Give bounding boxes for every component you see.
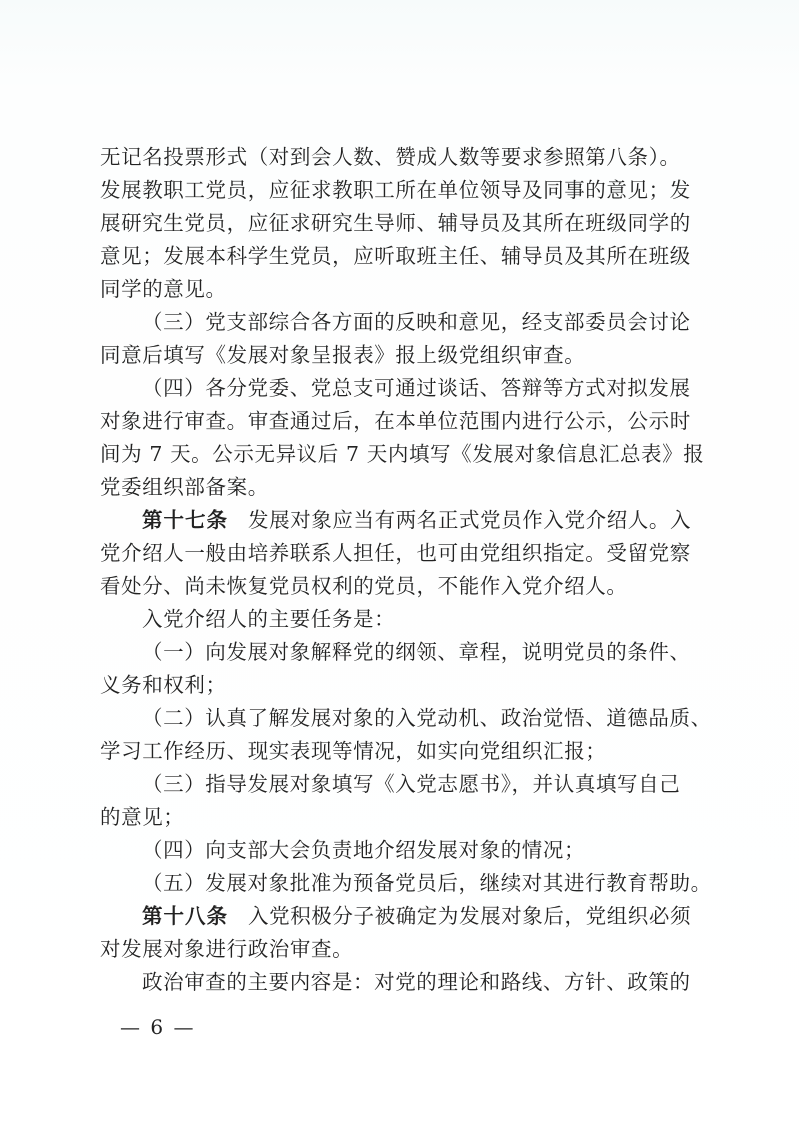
text-line: 看处分、尚未恢复党员权利的党员，不能作入党介绍人。 bbox=[100, 570, 692, 603]
text-line: 同学的意见。 bbox=[100, 273, 692, 306]
text-line: 党委组织部备案。 bbox=[100, 471, 692, 504]
text-line: 义务和权利； bbox=[100, 669, 692, 702]
paragraph-item-3: （三）党支部综合各方面的反映和意见，经支部委员会讨论 bbox=[100, 306, 692, 339]
task-item-1: （一）向发展对象解释党的纲领、章程，说明党员的条件、 bbox=[100, 636, 692, 669]
article-17-heading: 第十七条 bbox=[142, 508, 228, 532]
text-line: 学习工作经历、现实表现等情况，如实向党组织汇报； bbox=[100, 735, 692, 768]
article-17-line: 第十七条发展对象应当有两名正式党员作入党介绍人。入 bbox=[100, 504, 692, 537]
article-18-line: 第十八条入党积极分子被确定为发展对象后，党组织必须 bbox=[100, 900, 692, 933]
paragraph-item-4: （四）各分党委、党总支可通过谈话、答辩等方式对拟发展 bbox=[100, 372, 692, 405]
text-line: 政治审查的主要内容是：对党的理论和路线、方针、政策的 bbox=[100, 966, 692, 999]
text-line: 无记名投票形式（对到会人数、赞成人数等要求参照第八条）。 bbox=[100, 141, 692, 174]
task-item-5: （五）发展对象批准为预备党员后，继续对其进行教育帮助。 bbox=[100, 867, 692, 900]
text-line: 对发展对象进行政治审查。 bbox=[100, 933, 692, 966]
page-number: — 6 — bbox=[120, 1013, 195, 1041]
text-line: 展研究生党员，应征求研究生导师、辅导员及其所在班级同学的 bbox=[100, 207, 692, 240]
article-17-text: 发展对象应当有两名正式党员作入党介绍人。入 bbox=[248, 508, 691, 532]
article-18-text: 入党积极分子被确定为发展对象后，党组织必须 bbox=[248, 904, 691, 928]
task-item-4: （四）向支部大会负责地介绍发展对象的情况； bbox=[100, 834, 692, 867]
text-line: 党介绍人一般由培养联系人担任，也可由党组织指定。受留党察 bbox=[100, 537, 692, 570]
task-item-3: （三）指导发展对象填写《入党志愿书》，并认真填写自己 bbox=[100, 768, 692, 801]
text-line: 的意见； bbox=[100, 801, 692, 834]
task-item-2: （二）认真了解发展对象的入党动机、政治觉悟、道德品质、 bbox=[100, 702, 692, 735]
document-page: 无记名投票形式（对到会人数、赞成人数等要求参照第八条）。 发展教职工党员，应征求… bbox=[0, 0, 799, 1127]
text-line: 入党介绍人的主要任务是： bbox=[100, 603, 692, 636]
article-18-heading: 第十八条 bbox=[142, 904, 228, 928]
text-line: 发展教职工党员，应征求教职工所在单位领导及同事的意见；发 bbox=[100, 174, 692, 207]
text-line: 对象进行审查。审查通过后，在本单位范围内进行公示，公示时 bbox=[100, 405, 692, 438]
document-body: 无记名投票形式（对到会人数、赞成人数等要求参照第八条）。 发展教职工党员，应征求… bbox=[100, 141, 692, 999]
text-line: 意见；发展本科学生党员，应听取班主任、辅导员及其所在班级 bbox=[100, 240, 692, 273]
text-line: 间为 7 天。公示无异议后 7 天内填写《发展对象信息汇总表》报 bbox=[100, 438, 692, 471]
text-line: 同意后填写《发展对象呈报表》报上级党组织审查。 bbox=[100, 339, 692, 372]
